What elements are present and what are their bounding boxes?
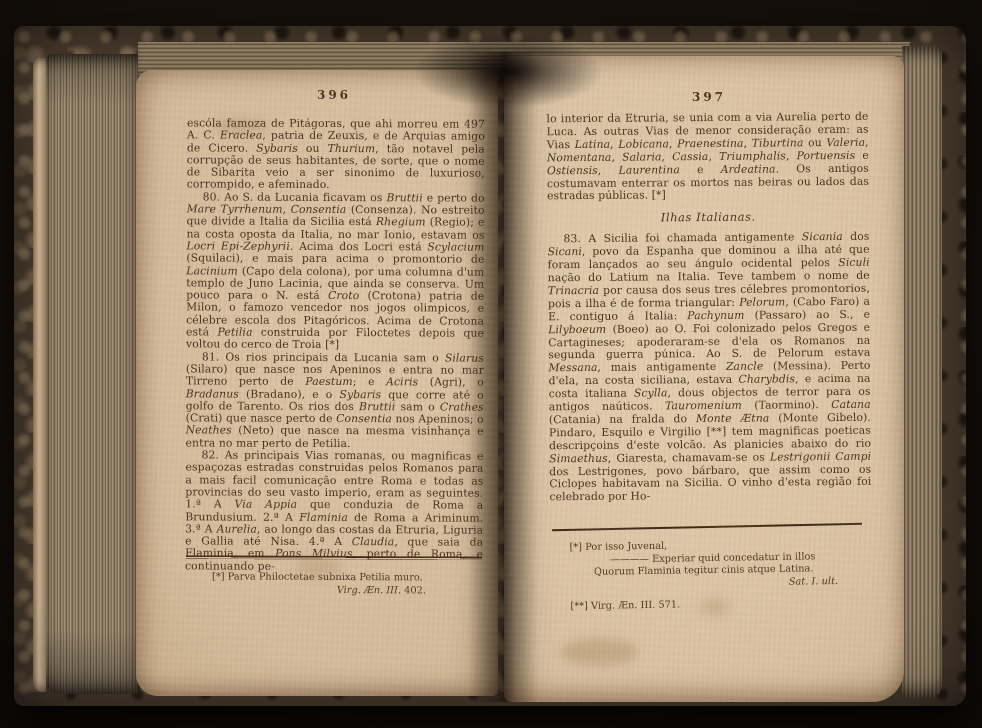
- page-text-right: lo interior da Etruria, se unia com a vi…: [546, 111, 871, 505]
- page-right: 397 lo interior da Etruria, se unia com …: [504, 56, 904, 702]
- footnote-right: [*] Por isso Juvenal, ———— Experiar quid…: [547, 537, 870, 614]
- paragraph: lo interior da Etruria, se unia com a vi…: [546, 111, 869, 204]
- footnote-rule-right: [552, 523, 862, 531]
- book-gutter-shadow: [468, 52, 538, 702]
- paragraph: 81. Os rios principais da Lucania sam o …: [186, 351, 484, 451]
- page-stack-right-edge: [902, 46, 942, 698]
- book-photo: 396 escóla famoza de Pitágoras, que ahi …: [0, 0, 982, 728]
- spine-top-shadow: [388, 36, 628, 120]
- section-heading: Ilhas Italianas.: [547, 210, 869, 225]
- endpaper-edge: [33, 58, 46, 692]
- footnote-left: [*] Parva Philoctetae subnixa Petilia mu…: [186, 571, 482, 597]
- footnote-double-star: [**] Virg. Æn. III. 571.: [548, 597, 870, 615]
- paragraph: 80. Ao S. da Lucania ficavam os Bruttii …: [186, 191, 485, 352]
- page-text-left: escóla famoza de Pitágoras, que ahi morr…: [185, 117, 485, 573]
- footnote-source: Virg. Æn. III. 402.: [186, 584, 482, 598]
- paragraph: 83. A Sicilia foi chamada antigamente Si…: [547, 231, 871, 505]
- footnote-citation: [*] Parva Philoctetae subnixa Petilia mu…: [186, 571, 482, 585]
- page-stack-left-edge: [46, 54, 140, 694]
- paragraph: 82. As principais Vias romanas, ou magni…: [185, 449, 484, 573]
- page-left: 396 escóla famoza de Pitágoras, que ahi …: [136, 70, 498, 696]
- paragraph: escóla famoza de Pitágoras, que ahi morr…: [187, 117, 485, 192]
